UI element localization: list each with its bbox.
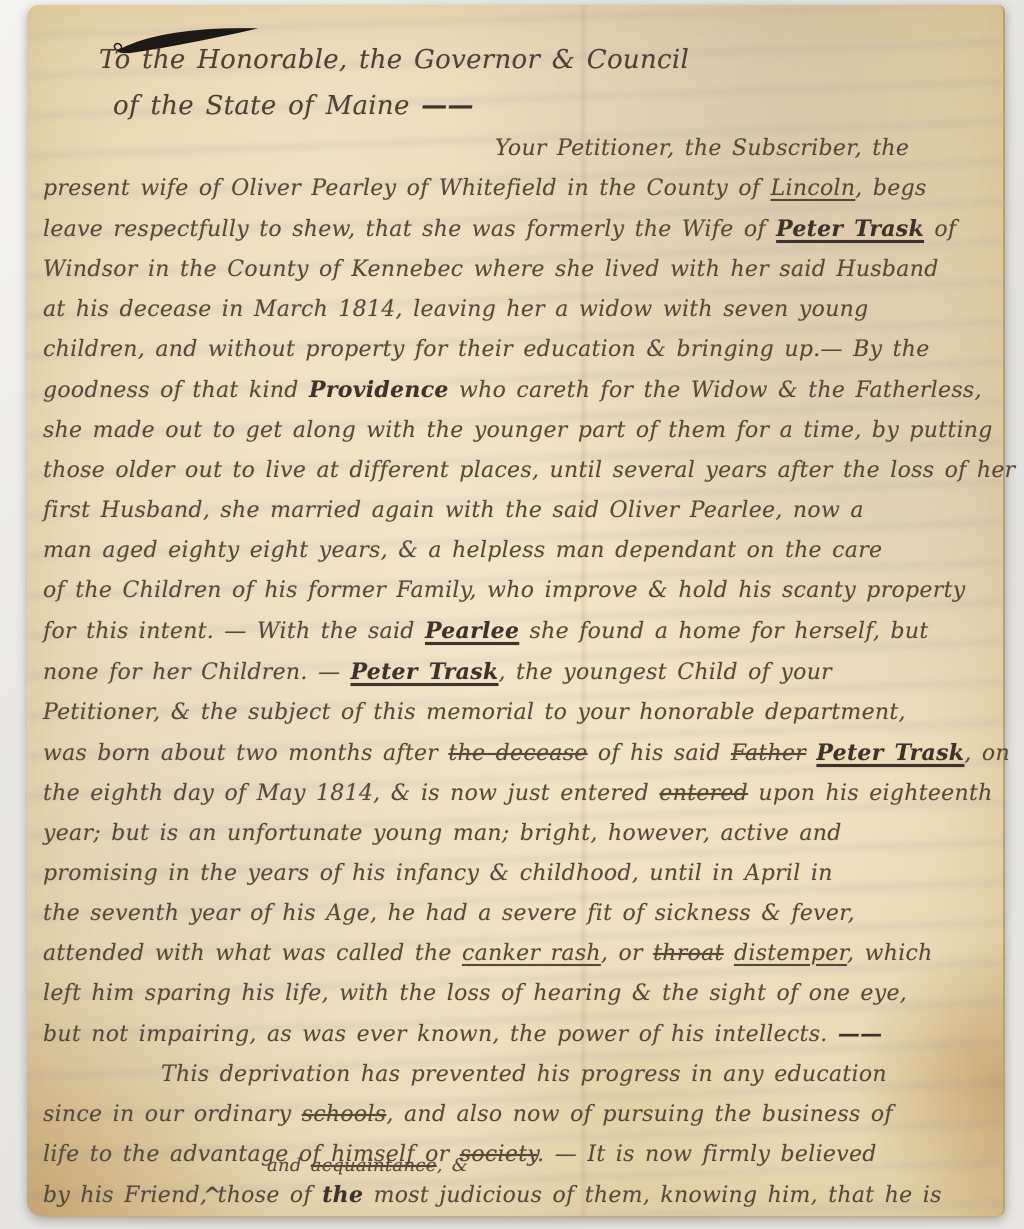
- text-segment: who careth for the Widow & the Fatherles…: [449, 378, 982, 403]
- text-segment: Windsor in the County of Kennebec where …: [43, 257, 939, 282]
- text-segment: , or: [601, 941, 653, 966]
- text-segment: [724, 941, 734, 966]
- text-segment: of the Children of his former Family, wh…: [43, 578, 965, 603]
- text-segment: , which: [847, 941, 933, 966]
- text-segment: Peter Trask: [816, 740, 964, 766]
- text-segment: the seventh year of his Age, he had a se…: [43, 901, 855, 926]
- text-segment: leave respectfully to shew, that she was…: [43, 217, 776, 242]
- text-line: man aged eighty eight years, & a helples…: [43, 531, 991, 571]
- text-segment: Providence: [309, 377, 449, 403]
- text-segment: schools: [302, 1102, 387, 1127]
- text-segment: entered: [659, 781, 748, 806]
- text-line: those older out to live at different pla…: [43, 451, 991, 491]
- text-segment: upon his eighteenth: [748, 781, 993, 806]
- text-line: Windsor in the County of Kennebec where …: [43, 250, 991, 290]
- text-segment: promising in the years of his infancy & …: [43, 861, 833, 886]
- text-segment: by his Friend, those of: [43, 1183, 322, 1208]
- text-line: left him sparing his life, with the loss…: [43, 974, 991, 1014]
- text-line: first Husband, she married again with th…: [43, 491, 991, 531]
- text-segment: distemper: [734, 941, 847, 966]
- text-line: the seventh year of his Age, he had a se…: [43, 894, 991, 934]
- text-segment: To the Honorable, the Governor & Council: [99, 45, 689, 75]
- text-segment: none for her Children. —: [43, 660, 351, 685]
- text-segment: was born about two months after: [43, 741, 448, 766]
- text-segment: of the State of Maine: [113, 91, 421, 121]
- text-segment: at his decease in March 1814, leaving he…: [43, 297, 869, 322]
- text-segment: Lincoln: [771, 176, 856, 201]
- text-line: but not impairing, as was ever known, th…: [43, 1014, 991, 1055]
- text-segment: . — It is now firmly believed: [537, 1142, 877, 1167]
- text-line: she made out to get along with the young…: [43, 411, 991, 451]
- text-line: Petitioner, & the subject of this memori…: [43, 693, 991, 733]
- text-line: none for her Children. — Peter Trask, th…: [43, 652, 991, 693]
- text-segment: and: [267, 1155, 311, 1176]
- text-segment: but not impairing, as was ever known, th…: [43, 1022, 838, 1047]
- text-segment: Petitioner, & the subject of this memori…: [43, 700, 906, 725]
- text-line: attended with what was called the canker…: [43, 934, 991, 974]
- text-segment: ——: [421, 91, 474, 121]
- text-segment: , the youngest Child of your: [498, 660, 832, 685]
- text-segment: attended with what was called the: [43, 941, 462, 966]
- text-segment: she made out to get along with the young…: [43, 418, 993, 443]
- text-segment: society: [460, 1142, 537, 1167]
- text-segment: man aged eighty eight years, & a helples…: [43, 538, 882, 563]
- text-line: for this intent. — With the said Pearlee…: [43, 611, 991, 652]
- text-segment: , on: [964, 741, 1010, 766]
- text-segment: most judicious of them, knowing him, tha…: [363, 1183, 941, 1208]
- scanned-document-stage: To the Honorable, the Governor & Council…: [0, 0, 1024, 1229]
- text-segment: she found a home for herself, but: [519, 619, 928, 644]
- text-segment: Your Petitioner, the Subscriber, the: [495, 136, 909, 161]
- text-segment: [806, 741, 816, 766]
- text-segment: , begs: [855, 176, 926, 201]
- text-line: was born about two months after the dece…: [43, 733, 991, 774]
- text-segment: , &: [437, 1155, 468, 1176]
- text-segment: Peter Trask: [776, 216, 924, 242]
- text-line: at his decease in March 1814, leaving he…: [43, 290, 991, 330]
- text-segment: Peter Trask: [351, 659, 499, 685]
- manuscript-page: To the Honorable, the Governor & Council…: [27, 5, 1005, 1217]
- text-line: of the State of Maine ——: [43, 83, 991, 129]
- text-line: the eighth day of May 1814, & is now jus…: [43, 774, 991, 814]
- text-segment: , and also now of pursuing the business …: [386, 1102, 893, 1127]
- text-segment: children, and without property for their…: [43, 337, 930, 362]
- text-segment: those older out to live at different pla…: [43, 458, 1015, 483]
- text-segment: for this intent. — With the said: [43, 619, 425, 644]
- text-segment: acquaintance: [311, 1155, 437, 1176]
- text-line: This deprivation has prevented his progr…: [43, 1055, 991, 1095]
- text-segment: since in our ordinary: [43, 1102, 302, 1127]
- text-segment: of: [924, 217, 956, 242]
- text-line: of the Children of his former Family, wh…: [43, 571, 991, 611]
- text-segment: the eighth day of May 1814, & is now jus…: [43, 781, 659, 806]
- text-segment: Pearlee: [425, 618, 519, 644]
- text-segment: Father: [731, 741, 806, 766]
- text-segment: first Husband, she married again with th…: [43, 498, 864, 523]
- text-line: Your Petitioner, the Subscriber, the: [43, 129, 991, 169]
- text-line: by his Friend, those of the most judicio…: [43, 1175, 991, 1216]
- text-line: leave respectfully to shew, that she was…: [43, 209, 991, 250]
- text-segment: ——: [838, 1021, 883, 1047]
- text-segment: This deprivation has prevented his progr…: [161, 1062, 887, 1087]
- text-line: life to the advantage of himself or soci…: [43, 1135, 991, 1175]
- text-segment: present wife of Oliver Pearley of Whitef…: [43, 176, 771, 201]
- insertion-caret: ^: [203, 1183, 221, 1209]
- text-segment: of his said: [588, 741, 731, 766]
- text-segment: canker rash: [462, 941, 601, 966]
- text-line: present wife of Oliver Pearley of Whitef…: [43, 169, 991, 209]
- text-segment: goodness of that kind: [43, 378, 309, 403]
- petition-text: To the Honorable, the Governor & Council…: [43, 37, 991, 1216]
- text-segment: the decease: [448, 741, 587, 766]
- text-line: goodness of that kind Providence who car…: [43, 370, 991, 411]
- text-segment: throat: [653, 941, 724, 966]
- text-segment: the: [322, 1182, 363, 1208]
- text-line: To the Honorable, the Governor & Council: [43, 37, 991, 83]
- text-line: children, and without property for their…: [43, 330, 991, 370]
- text-segment: year; but is an unfortunate young man; b…: [43, 821, 842, 846]
- text-segment: left him sparing his life, with the loss…: [43, 981, 907, 1006]
- text-line: year; but is an unfortunate young man; b…: [43, 814, 991, 854]
- text-line: promising in the years of his infancy & …: [43, 854, 991, 894]
- text-line: since in our ordinary schools, and also …: [43, 1095, 991, 1135]
